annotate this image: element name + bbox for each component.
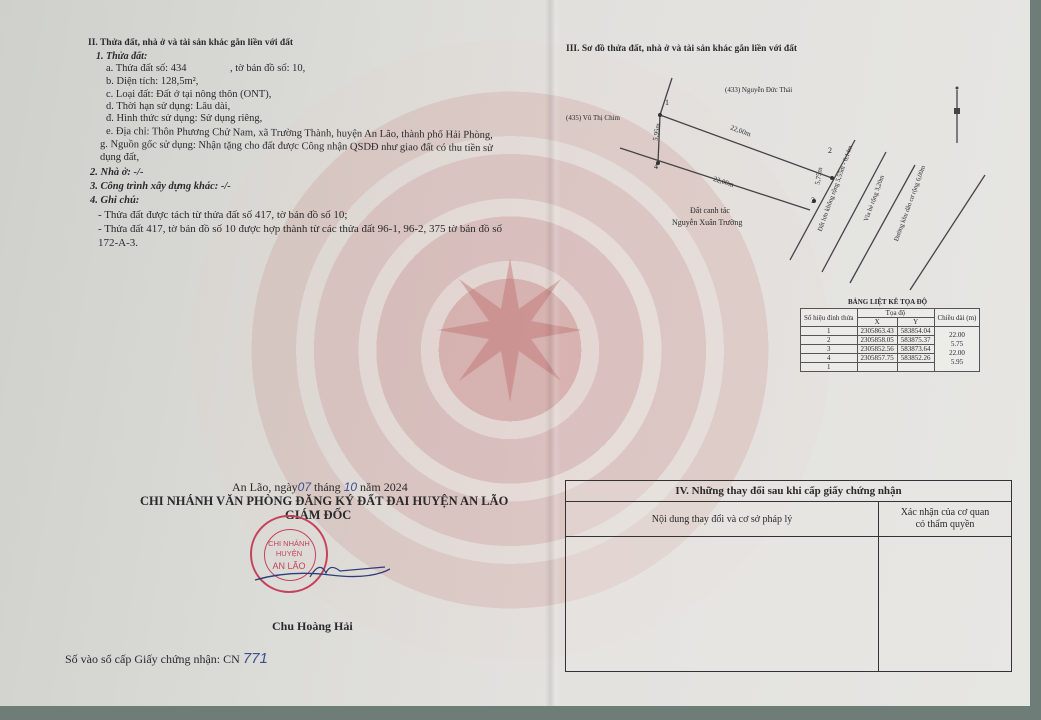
coordinates-table: Số hiệu đỉnh thửa Tọa độ Chiều dài (m) X… <box>800 308 980 372</box>
neighbor-west: (435) Vũ Thị Chim <box>566 114 620 122</box>
usage-term: d. Thời hạn sử dụng: Lâu dài, <box>106 101 230 112</box>
changes-table: IV. Những thay đổi sau khi cấp giấy chứn… <box>565 480 1012 672</box>
neighbor-south-2: Nguyễn Xuân Trường <box>672 218 742 227</box>
col-length: Chiều dài (m) <box>934 309 980 327</box>
point-2: 2 <box>828 146 832 155</box>
note-2: - Thửa đất 417, tờ bản đồ số 10 được hợp… <box>98 223 502 235</box>
map-sheet-number: , tờ bản đồ số: 10, <box>230 63 305 74</box>
place-date: An Lão, ngày07 tháng 10 năm 2024 <box>232 480 408 495</box>
registry-entry: Số vào sổ cấp Giấy chứng nhận: CN 771 <box>65 650 268 667</box>
note-3: 172-A-3. <box>98 237 138 249</box>
note-1: - Thửa đất được tách từ thửa đất số 417,… <box>98 209 347 221</box>
parcel-number: a. Thửa đất số: 434 <box>106 63 186 74</box>
section2-title: II. Thửa đất, nhà ở và tài sản khác gắn … <box>88 38 293 48</box>
usage-origin-cont: dụng đất, <box>100 152 139 163</box>
signer-name: Chu Hoàng Hải <box>272 619 353 634</box>
land-type: c. Loại đất: Đất ở tại nông thôn (ONT), <box>106 89 271 100</box>
col-authority-confirmation: Xác nhận của cơ quancó thẩm quyền <box>879 502 1011 536</box>
coords-table-title: BẢNG LIỆT KÊ TỌA ĐỘ <box>848 298 927 306</box>
table-row: 12305863.43583854.0422.005.7522.005.95 <box>801 327 980 336</box>
house-field: 2. Nhà ở: -/- <box>90 167 143 178</box>
col-y: Y <box>897 318 934 327</box>
neighbor-south-1: Đất canh tác <box>690 206 730 215</box>
signature <box>250 555 390 585</box>
authority-confirmation-cell <box>879 537 1011 671</box>
parcel-diagram <box>560 60 1030 300</box>
area: b. Diện tích: 128,5m², <box>106 76 198 87</box>
section4-title: IV. Những thay đổi sau khi cấp giấy chứn… <box>566 481 1011 502</box>
neighbor-north: (433) Nguyễn Đức Thái <box>725 86 792 94</box>
other-structures-field: 3. Công trình xây dựng khác: -/- <box>90 181 231 192</box>
notes-heading: 4. Ghi chú: <box>90 195 139 206</box>
usage-form: đ. Hình thức sử dụng: Sử dụng riêng, <box>106 113 262 124</box>
col-x: X <box>857 318 897 327</box>
section3-title: III. Sơ đồ thửa đất, nhà ở và tài sản kh… <box>566 44 797 54</box>
land-heading: 1. Thửa đất: <box>96 51 147 62</box>
col-point: Số hiệu đỉnh thửa <box>801 309 858 327</box>
col-coord: Tọa độ <box>857 309 934 318</box>
point-1: 1 <box>665 98 669 107</box>
point-4: 4 <box>654 162 658 171</box>
change-content-cell <box>566 537 879 671</box>
page-fold <box>545 0 561 706</box>
col-change-content: Nội dung thay đổi và cơ sở pháp lý <box>566 502 879 536</box>
issuing-office: CHI NHÁNH VĂN PHÒNG ĐĂNG KÝ ĐẤT ĐAI HUYỆ… <box>140 494 508 509</box>
point-3: 3 <box>811 196 815 205</box>
